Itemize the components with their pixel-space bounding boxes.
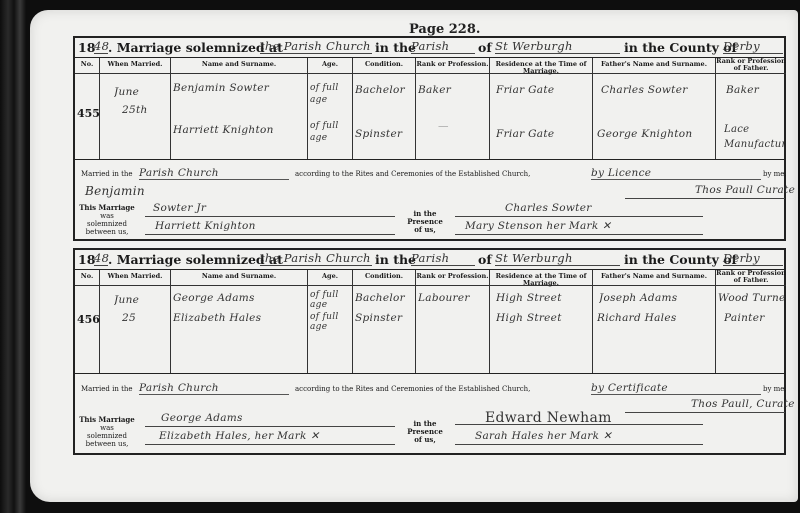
label-line: solemnized (79, 432, 135, 440)
of-label: of (478, 40, 492, 55)
year-prefix: 18 (78, 252, 95, 267)
col-father-name: Father's Name and Surname. (593, 58, 715, 74)
groom-signature: Sowter Jr (145, 202, 395, 217)
groom-father-name: Joseph Adams (599, 292, 714, 304)
place: the Parish Church (260, 251, 372, 266)
label-line: between us, (79, 440, 135, 448)
page-number: Page 228. (409, 22, 480, 37)
county-label: in the County of (624, 252, 737, 267)
bride-rank: — (438, 120, 488, 132)
col-when-married: When Married. (100, 58, 170, 74)
groom-signature-first: Benjamin (85, 184, 145, 198)
groom-condition: Bachelor (355, 292, 414, 304)
bride-father-rank: Painter (724, 312, 785, 324)
between-us-label: This Marriagewassolemnizedbetween us, (79, 416, 135, 448)
presence-label: in thePresenceof us, (405, 420, 445, 444)
col-when-married: When Married. (100, 270, 170, 286)
label-line: This Marriage (79, 416, 135, 424)
district: St Werburgh (495, 39, 620, 54)
groom-name: Benjamin Sowter (173, 82, 306, 94)
witness-1-signature: Charles Sowter (455, 202, 703, 217)
married-in-label: Married in the (81, 385, 133, 393)
rites-label: according to the Rites and Ceremonies of… (295, 170, 530, 178)
col-rank: Rank or Profession. (416, 270, 489, 286)
entry-table: No.455 When Married.June25th Name and Su… (75, 57, 784, 160)
entry-number: 456 (77, 313, 100, 326)
col-name: Name and Surname. (171, 58, 307, 74)
col-age: Age. (308, 270, 352, 286)
groom-father-rank: Baker (726, 84, 785, 96)
county: Derby (723, 251, 783, 266)
entry-header: 18 48 . Marriage solemnized at the Paris… (75, 250, 784, 269)
by-me-label: by me, (763, 385, 787, 393)
bride-residence: Friar Gate (496, 128, 591, 140)
married-in-value: Parish Church (139, 382, 289, 395)
district-type: Parish (411, 251, 475, 266)
place: the Parish Church (260, 39, 372, 54)
solemnized-at-label: . Marriage solemnized at (108, 40, 283, 55)
groom-father-rank: Wood Turner (718, 292, 785, 304)
presence-label: in thePresenceof us, (405, 210, 445, 234)
label-line: of us, (405, 226, 445, 234)
col-no: No. (75, 270, 99, 286)
col-name: Name and Surname. (171, 270, 307, 286)
date-day: 25 (122, 312, 169, 324)
bride-residence: High Street (496, 312, 591, 324)
groom-name: George Adams (173, 292, 306, 304)
date-month: June (114, 86, 169, 98)
groom-residence: High Street (496, 292, 591, 304)
bride-father-name: Richard Hales (597, 312, 714, 324)
rites-label: according to the Rites and Ceremonies of… (295, 385, 530, 393)
entry-header: 18 48 . Marriage solemnized at the Paris… (75, 38, 784, 57)
bride-name: Harriett Knighton (173, 124, 306, 136)
county-label: in the County of (624, 40, 737, 55)
bride-condition: Spinster (355, 128, 414, 140)
label-line: This Marriage (79, 204, 135, 212)
married-in-value: Parish Church (139, 167, 289, 180)
year-prefix: 18 (78, 40, 95, 55)
married-in-label: Married in the (81, 170, 133, 178)
label-line: solemnized (79, 220, 135, 228)
col-age: Age. (308, 58, 352, 74)
by-me-label: by me, (763, 170, 787, 178)
marriage-entry-455: 18 48 . Marriage solemnized at the Paris… (73, 36, 786, 241)
county: Derby (723, 39, 783, 54)
col-condition: Condition. (353, 270, 415, 286)
entry-number: 455 (77, 107, 100, 120)
col-residence: Residence at the Time of Marriage. (490, 58, 592, 74)
col-rank: Rank or Profession. (416, 58, 489, 74)
groom-rank: Baker (418, 84, 488, 96)
bride-age: of full age (310, 120, 351, 144)
district-type: Parish (411, 39, 475, 54)
groom-father-name: Charles Sowter (601, 84, 714, 96)
col-father-rank: Rank or Profession of Father. (716, 58, 786, 74)
date-month: June (114, 294, 169, 306)
label-line: between us, (79, 228, 135, 236)
officiant-signature: Thos Paull Curate (625, 184, 785, 199)
year-suffix: 48 (94, 251, 108, 266)
between-us-label: This Marriagewassolemnizedbetween us, (79, 204, 135, 236)
licence-type: by Certificate (591, 382, 761, 395)
bride-father-rank: Lace Manufacturer (724, 122, 785, 152)
of-label: of (478, 252, 492, 267)
licence-type: by Licence (591, 167, 761, 180)
date-day: 25th (122, 104, 169, 116)
district: St Werburgh (495, 251, 620, 266)
groom-age: of full age (310, 290, 351, 310)
year-suffix: 48 (94, 39, 108, 54)
in-the-label: in the (375, 252, 416, 267)
bride-father-name: George Knighton (597, 128, 714, 140)
col-condition: Condition. (353, 58, 415, 74)
groom-signature: George Adams (145, 412, 395, 427)
marriage-entry-456: 18 48 . Marriage solemnized at the Paris… (73, 248, 786, 455)
col-father-name: Father's Name and Surname. (593, 270, 715, 286)
groom-condition: Bachelor (355, 84, 414, 96)
col-residence: Residence at the Time of Marriage. (490, 270, 592, 286)
bride-condition: Spinster (355, 312, 414, 324)
col-father-rank: Rank or Profession of Father. (716, 270, 786, 286)
label-line: of us, (405, 436, 445, 444)
groom-age: of full age (310, 82, 351, 106)
col-no: No. (75, 58, 99, 74)
witness-2-signature: Mary Stenson her Mark ✕ (455, 220, 703, 235)
entry-table: No.456 When Married.June25 Name and Surn… (75, 269, 784, 374)
bride-age: of full age (310, 312, 351, 332)
in-the-label: in the (375, 40, 416, 55)
label-line: was (79, 424, 135, 432)
groom-residence: Friar Gate (496, 84, 591, 96)
label-line: was (79, 212, 135, 220)
groom-rank: Labourer (418, 292, 488, 304)
witness-2-signature: Sarah Hales her Mark ✕ (455, 430, 703, 445)
bride-signature: Harriett Knighton (145, 220, 395, 235)
solemnized-at-label: . Marriage solemnized at (108, 252, 283, 267)
witness-1-signature: Edward Newham (455, 410, 703, 425)
bride-name: Elizabeth Hales (173, 312, 306, 324)
bride-signature: Elizabeth Hales, her Mark ✕ (145, 430, 395, 445)
